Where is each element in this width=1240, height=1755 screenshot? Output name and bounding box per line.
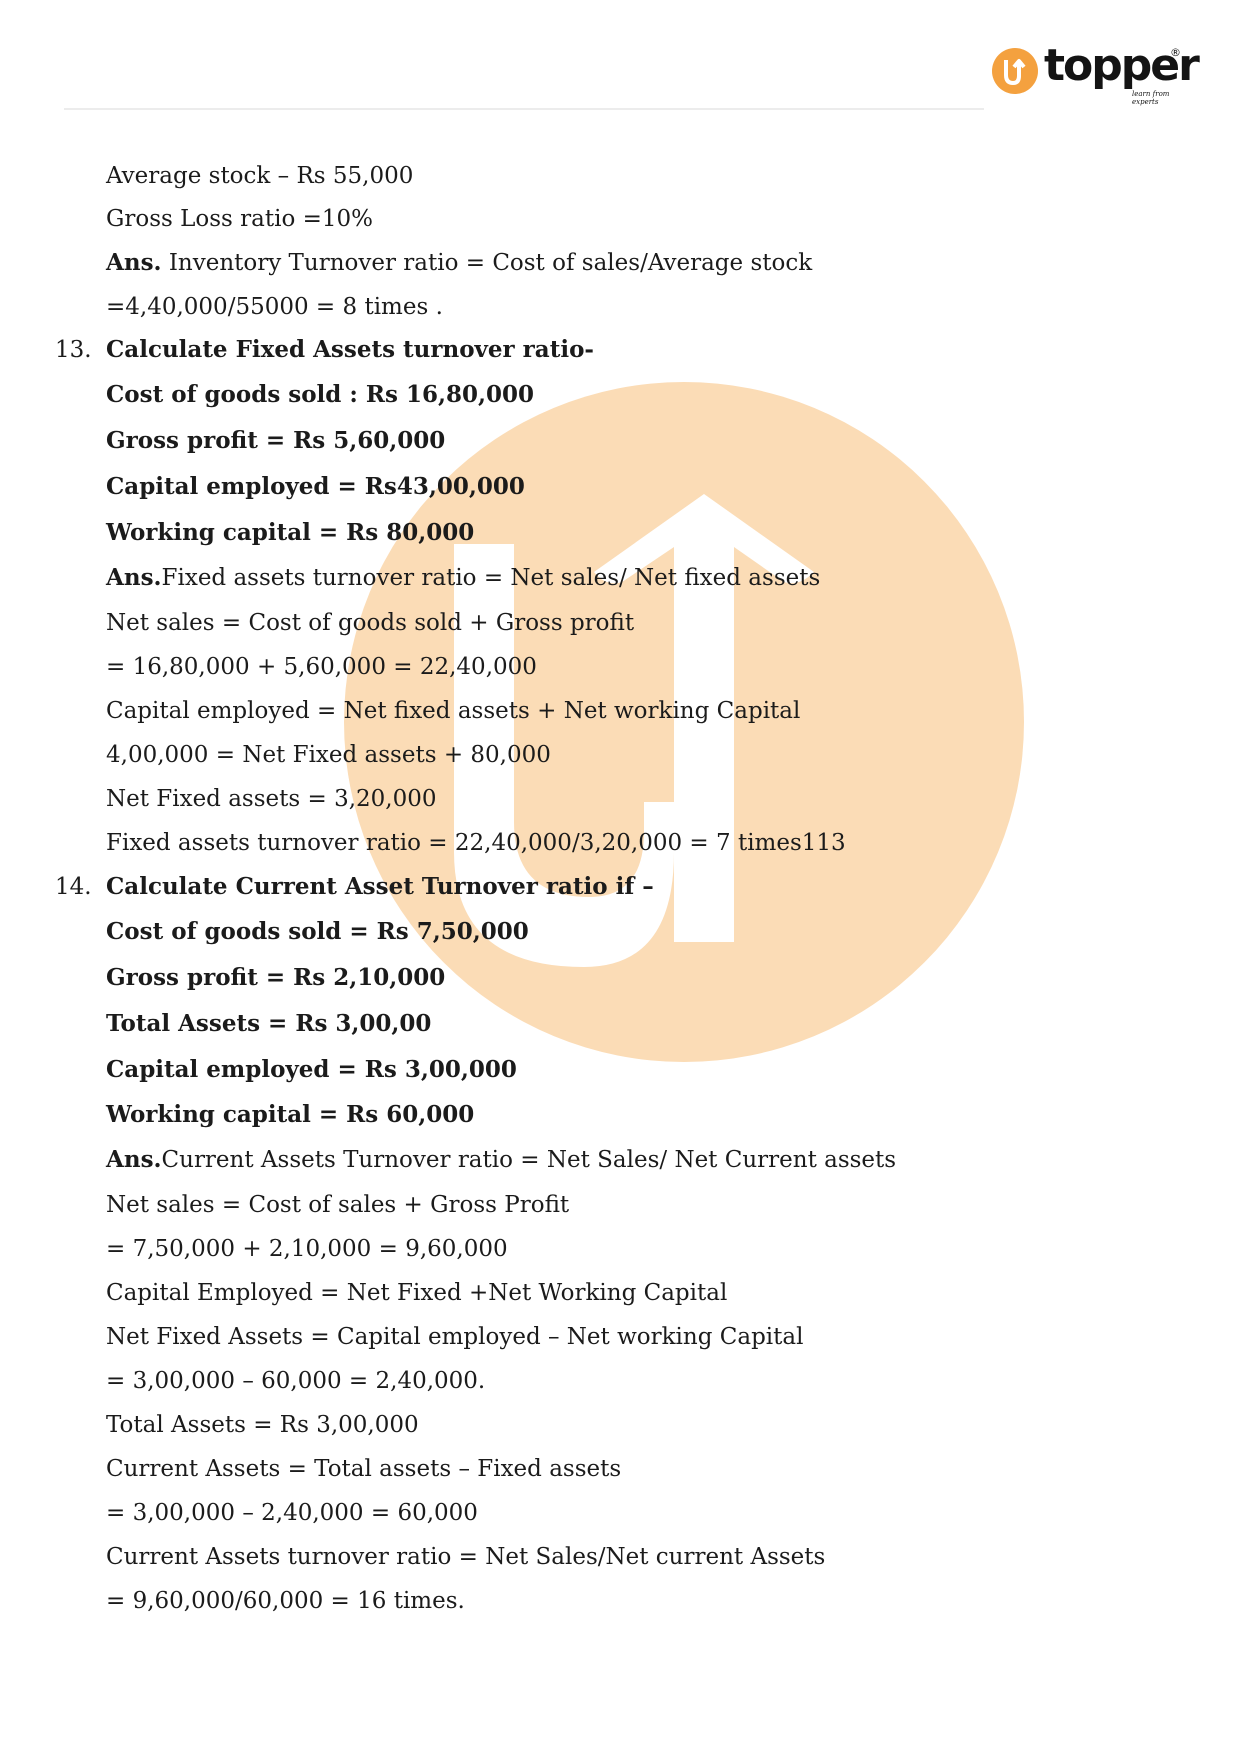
question-13-number: 13.	[55, 335, 92, 365]
topper-u-arrow-icon	[992, 48, 1038, 94]
registered-mark: ®	[1170, 46, 1181, 59]
inventory-answer: Ans. Inventory Turnover ratio = Cost of …	[106, 248, 812, 278]
q13-step: Fixed assets turnover ratio = 22,40,000/…	[106, 828, 846, 858]
q13-given-working-capital: Working capital = Rs 80,000	[106, 518, 474, 548]
answer-label: Ans.	[106, 564, 162, 591]
q13-given-capital-employed: Capital employed = Rs43,00,000	[106, 472, 525, 502]
answer-formula: Fixed assets turnover ratio = Net sales/…	[162, 565, 821, 591]
inventory-answer-result: =4,40,000/55000 = 8 times .	[106, 292, 443, 322]
q13-given-gross-profit: Gross profit = Rs 5,60,000	[106, 426, 445, 456]
answer-formula: Current Assets Turnover ratio = Net Sale…	[162, 1147, 897, 1173]
q14-step: Net Fixed Assets = Capital employed – Ne…	[106, 1322, 803, 1352]
q13-answer: Ans.Fixed assets turnover ratio = Net sa…	[106, 563, 820, 593]
q13-given-cogs: Cost of goods sold : Rs 16,80,000	[106, 380, 534, 410]
q14-given-total-assets: Total Assets = Rs 3,00,00	[106, 1009, 431, 1039]
question-14-number: 14.	[55, 872, 92, 902]
q14-step: Total Assets = Rs 3,00,000	[106, 1410, 419, 1440]
answer-label: Ans.	[106, 1146, 162, 1173]
q13-step: 4,00,000 = Net Fixed assets + 80,000	[106, 740, 551, 770]
q13-step: Net sales = Cost of goods sold + Gross p…	[106, 608, 634, 638]
question-14-title: Calculate Current Asset Turnover ratio i…	[106, 872, 654, 902]
q14-given-cogs: Cost of goods sold = Rs 7,50,000	[106, 917, 529, 947]
given-gross-loss-ratio: Gross Loss ratio =10%	[106, 204, 373, 234]
q14-step: = 3,00,000 – 60,000 = 2,40,000.	[106, 1366, 485, 1396]
question-13-title: Calculate Fixed Assets turnover ratio-	[106, 335, 594, 365]
answer-label: Ans.	[106, 249, 162, 276]
q13-step: = 16,80,000 + 5,60,000 = 22,40,000	[106, 652, 537, 682]
q14-step: Net sales = Cost of sales + Gross Profit	[106, 1190, 569, 1220]
header-divider	[64, 108, 984, 110]
q14-step: Current Assets turnover ratio = Net Sale…	[106, 1542, 825, 1572]
q14-step: = 3,00,000 – 2,40,000 = 60,000	[106, 1498, 478, 1528]
q14-step: = 9,60,000/60,000 = 16 times.	[106, 1586, 465, 1616]
q14-given-capital-employed: Capital employed = Rs 3,00,000	[106, 1055, 517, 1085]
q14-step: Current Assets = Total assets – Fixed as…	[106, 1454, 621, 1484]
q14-step: Capital Employed = Net Fixed +Net Workin…	[106, 1278, 727, 1308]
q14-answer: Ans.Current Assets Turnover ratio = Net …	[106, 1145, 896, 1175]
answer-formula: Inventory Turnover ratio = Cost of sales…	[162, 250, 813, 276]
logo-tagline: learn from experts	[1132, 90, 1192, 106]
q13-step: Capital employed = Net fixed assets + Ne…	[106, 696, 800, 726]
q14-given-gross-profit: Gross profit = Rs 2,10,000	[106, 963, 445, 993]
q14-step: = 7,50,000 + 2,10,000 = 9,60,000	[106, 1234, 508, 1264]
topper-logo: topper ® learn from experts	[992, 48, 1192, 108]
given-average-stock: Average stock – Rs 55,000	[106, 161, 413, 191]
q14-given-working-capital: Working capital = Rs 60,000	[106, 1100, 474, 1130]
q13-step: Net Fixed assets = 3,20,000	[106, 784, 437, 814]
